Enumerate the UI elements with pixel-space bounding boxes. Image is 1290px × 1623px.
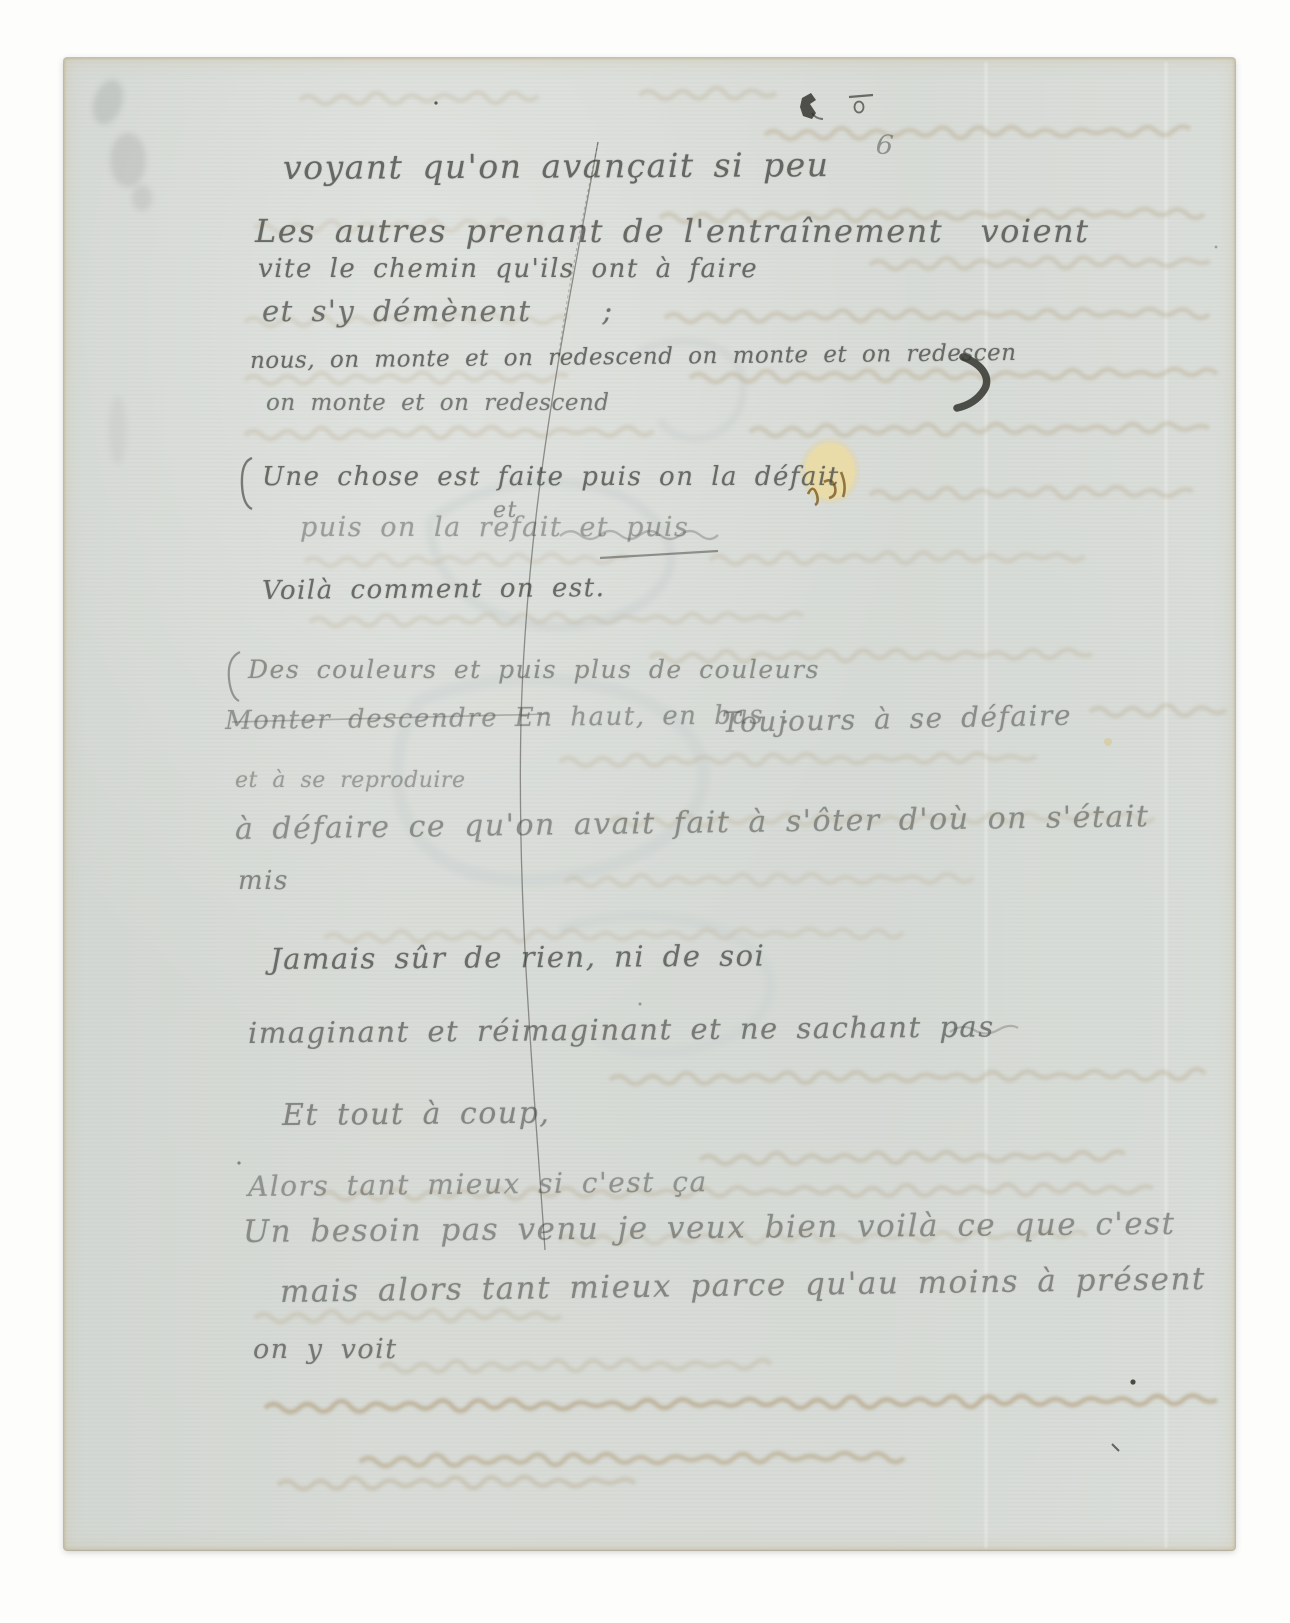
verso-text-line: [300, 92, 538, 104]
verso-text-line: [265, 1395, 1217, 1412]
verso-text-line: [305, 554, 628, 566]
verso-text-line: [1090, 705, 1226, 716]
verso-text-line: [700, 1151, 1125, 1164]
verso-text-line: [690, 369, 1217, 382]
manuscript-line: on monte et on redescend: [266, 390, 610, 416]
manuscript-line: nous, on monte et on redescend on monte …: [250, 340, 1017, 374]
manuscript-line: Jamais sûr de rien, ni de soi: [270, 939, 766, 976]
manuscript-line: mais alors tant mieux parce qu'au moins …: [280, 1261, 1206, 1310]
manuscript-line: Monter descendre En haut, en bas .: [225, 700, 791, 736]
verso-text-line: [640, 88, 776, 99]
verso-text-line: [360, 1453, 904, 1466]
manuscript-line: on y voit: [253, 1334, 398, 1365]
manuscript-line: voyant qu'on avançait si peu: [283, 145, 830, 187]
manuscript-page: voyant qu'on avançait si peu Les autres …: [64, 58, 1235, 1550]
interlinear-insertion: et: [493, 498, 518, 523]
manuscript-line: et s'y démènent ;: [262, 294, 614, 328]
manuscript-line: et à se reproduire: [235, 768, 465, 793]
verso-text-line: [560, 753, 1036, 766]
verso-text-line: [255, 1310, 561, 1322]
verso-text-line: [245, 372, 568, 384]
verso-text-line: [610, 1069, 1205, 1084]
verso-text-line: [750, 423, 1209, 436]
manuscript-line: Alors tant mieux si c'est ça: [248, 1165, 708, 1203]
scan-background: voyant qu'on avançait si peu Les autres …: [0, 0, 1290, 1623]
manuscript-line: Un besoin pas venu je veux bien voilà ce…: [243, 1206, 1176, 1250]
verso-text-line: [665, 309, 1209, 322]
manuscript-line: Toujours à se défaire: [722, 699, 1073, 739]
manuscript-line: imaginant et réimaginant et ne sachant p…: [248, 1009, 995, 1050]
manuscript-line: vite le chemin qu'ils ont à faire: [258, 254, 758, 284]
manuscript-line: Une chose est faite puis on la défait: [262, 462, 840, 492]
verso-text-line: [765, 126, 1190, 139]
verso-text-line: [710, 552, 1084, 564]
verso-text-line: [278, 1477, 635, 1489]
verso-text-line: [870, 257, 1210, 269]
verso-text-line: [870, 487, 1193, 499]
manuscript-line: Des couleurs et puis plus de couleurs: [248, 655, 820, 684]
manuscript-line: Voilà comment on est.: [262, 573, 606, 606]
verso-text-line: [565, 874, 973, 886]
manuscript-line: Les autres prenant de l'entraînement voi…: [255, 212, 1089, 250]
page-number: 6: [874, 129, 894, 162]
verso-text-line: [310, 613, 803, 626]
manuscript-line: à défaire ce qu'on avait fait à s'ôter d…: [235, 799, 1150, 847]
manuscript-line: mis: [238, 866, 289, 896]
verso-text-line: [380, 1360, 771, 1372]
verso-text-line: [245, 427, 653, 439]
manuscript-line: Et tout à coup,: [282, 1096, 551, 1133]
